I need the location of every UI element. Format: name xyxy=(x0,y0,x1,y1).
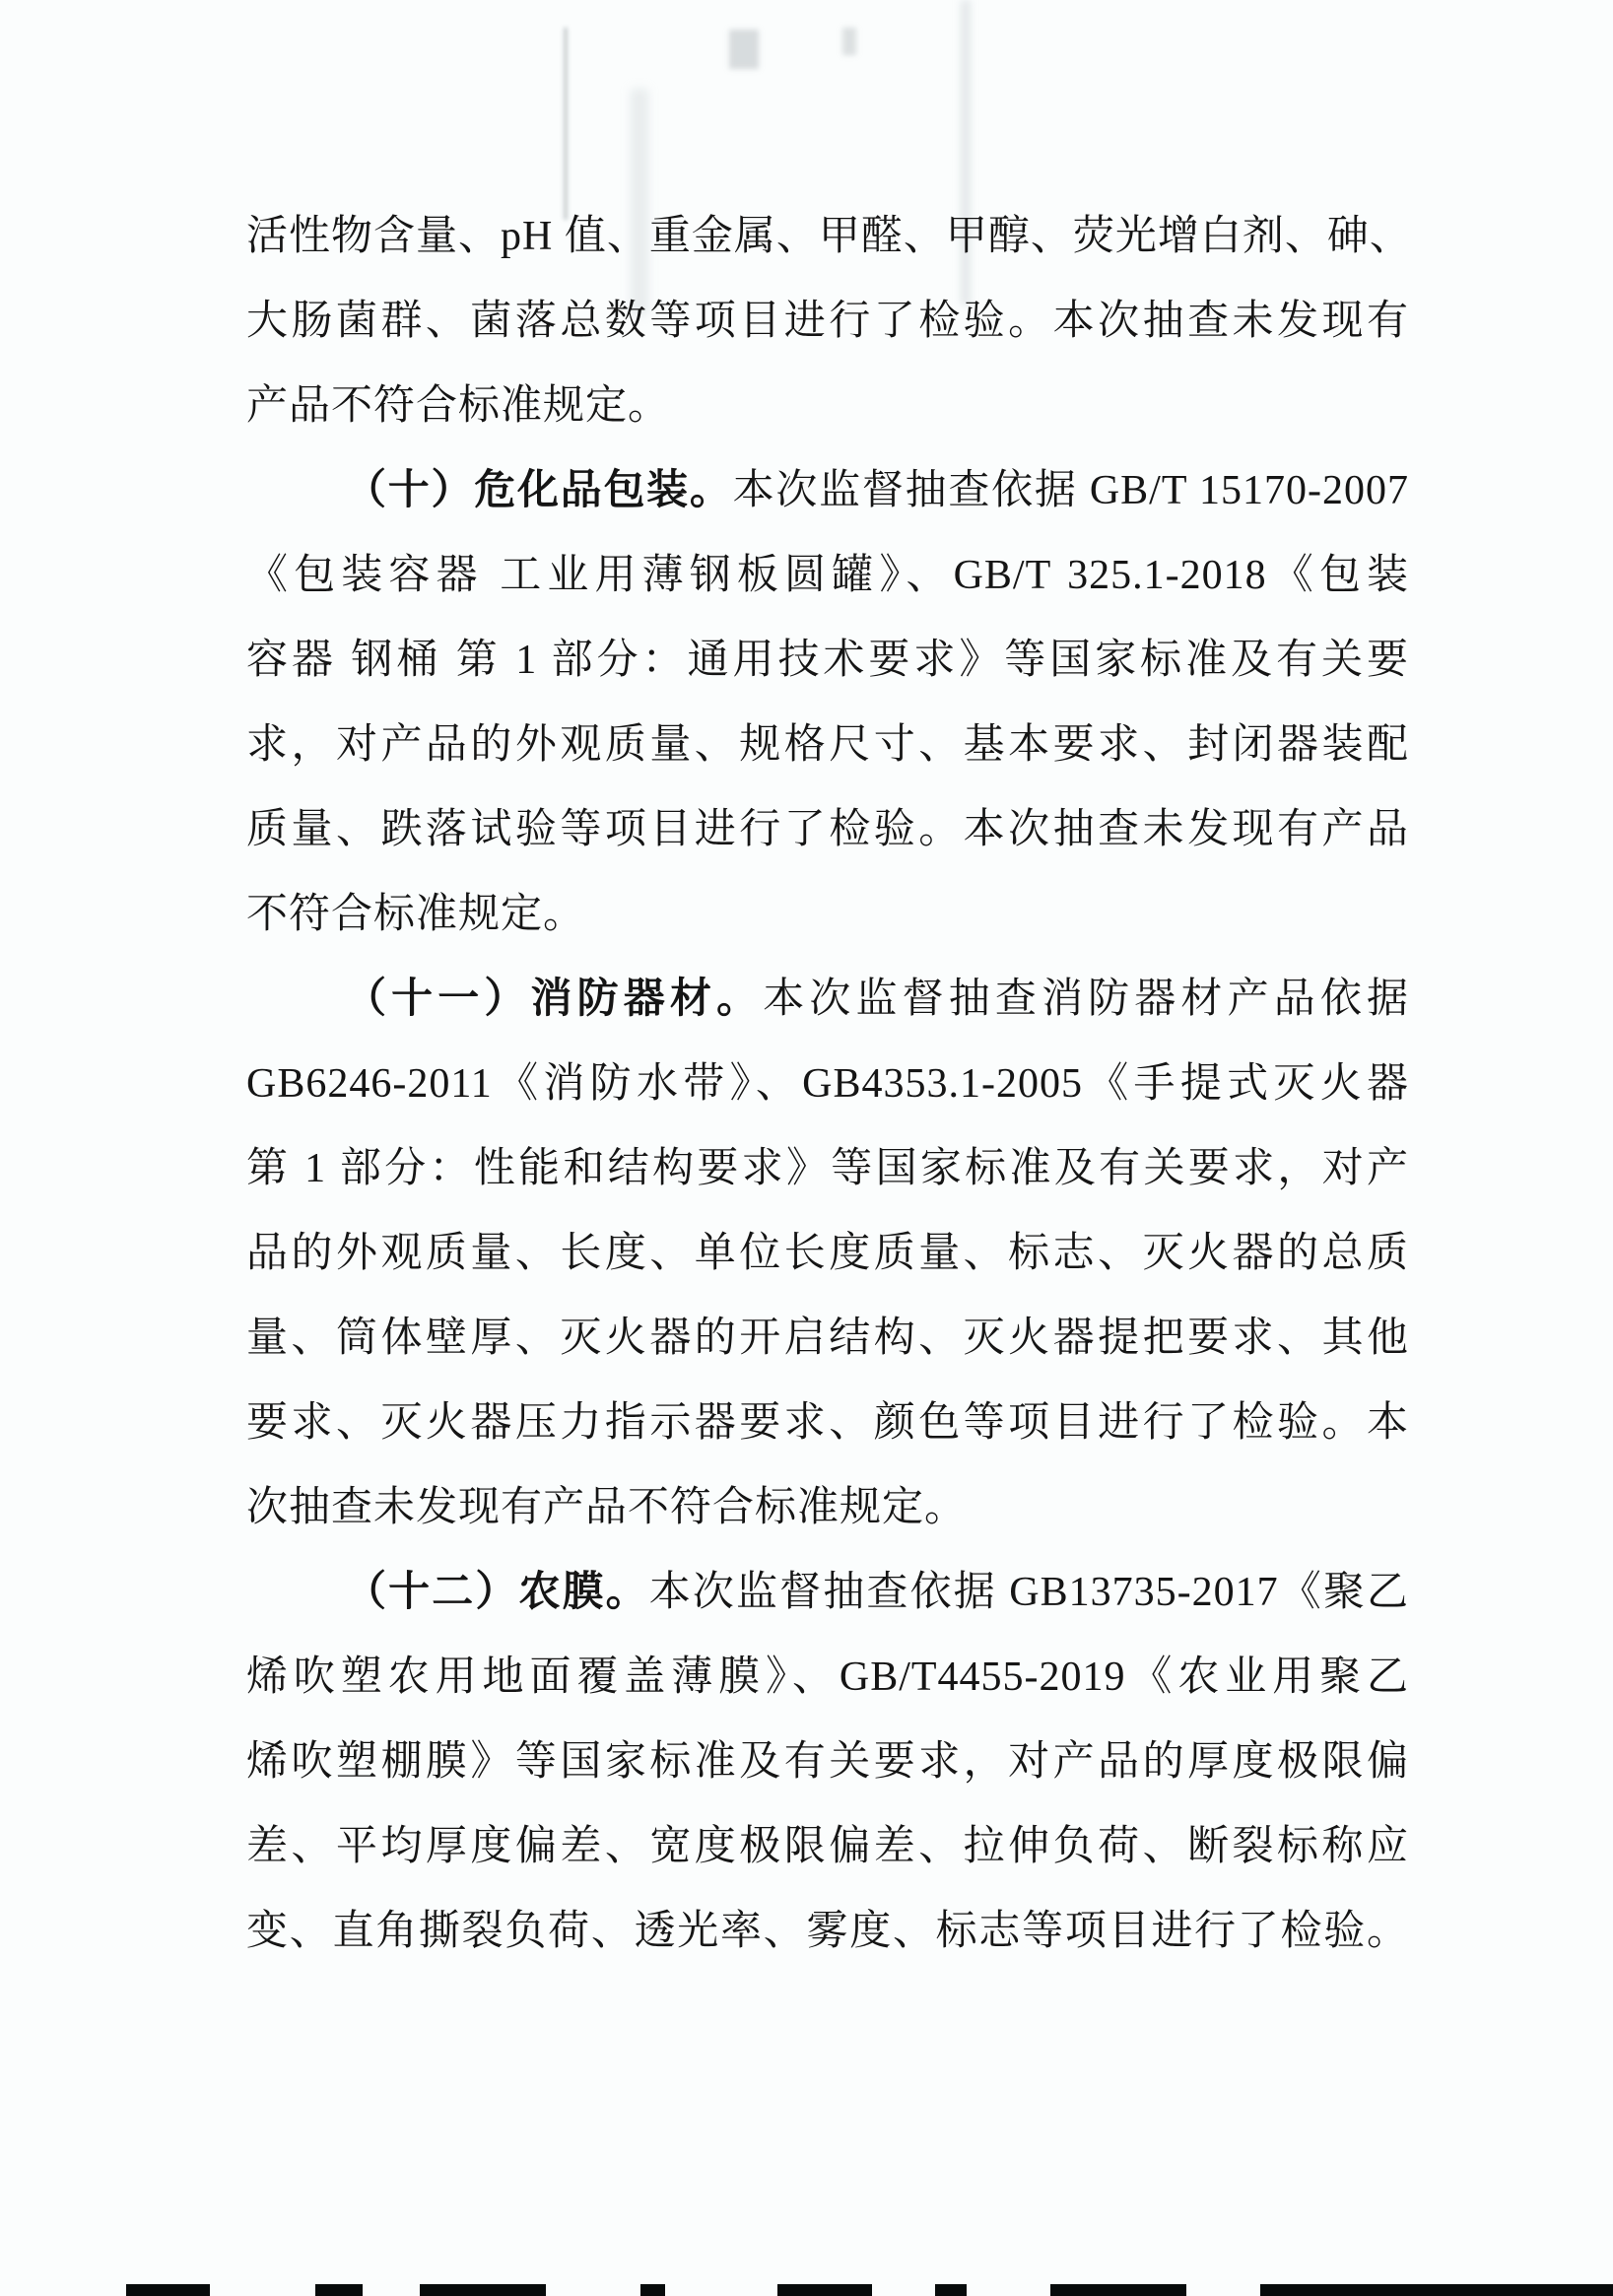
line-text: 本次监督抽查依据 GB/T 15170-2007 xyxy=(733,468,1409,513)
text-line: 次抽查未发现有产品不符合标准规定。 xyxy=(246,1464,1409,1549)
scan-artifact-dash xyxy=(126,2284,210,2296)
scan-artifact-dash xyxy=(1050,2284,1186,2296)
text-line: 量、筒体壁厚、灭火器的开启结构、灭火器提把要求、其他 xyxy=(246,1295,1409,1380)
line-text: 烯吹塑棚膜》等国家标准及有关要求，对产品的厚度极限偏 xyxy=(246,1739,1409,1785)
scan-artifact-dash xyxy=(640,2284,665,2296)
line-text: 本次监督抽查消防器材产品依据 xyxy=(763,977,1409,1022)
line-text: 差、平均厚度偏差、宽度极限偏差、拉伸负荷、断裂标称应 xyxy=(246,1824,1409,1869)
line-text: 次抽查未发现有产品不符合标准规定。 xyxy=(246,1485,967,1530)
text-line: 烯吹塑农用地面覆盖薄膜》、GB/T4455-2019《农业用聚乙 xyxy=(246,1634,1409,1719)
line-text: 第 1 部分：性能和结构要求》等国家标准及有关要求，对产 xyxy=(246,1146,1409,1191)
line-text: 量、筒体壁厚、灭火器的开启结构、灭火器提把要求、其他 xyxy=(246,1316,1409,1361)
scan-artifact-dash xyxy=(1260,2284,1613,2296)
scan-smudge xyxy=(564,28,568,220)
scan-artifact-dash xyxy=(315,2284,363,2296)
line-text: 变、直角撕裂负荷、透光率、雾度、标志等项目进行了检验。 xyxy=(246,1909,1409,1954)
line-text: 不符合标准规定。 xyxy=(246,892,585,937)
line-text: 《包装容器 工业用薄钢板圆罐》、GB/T 325.1-2018《包装 xyxy=(246,553,1409,598)
scan-artifact-dash xyxy=(777,2284,872,2296)
text-line: 品的外观质量、长度、单位长度质量、标志、灭火器的总质 xyxy=(246,1210,1409,1295)
line-text: 本次监督抽查依据 GB13735-2017《聚乙 xyxy=(649,1570,1409,1615)
line-text: GB6246-2011《消防水带》、GB4353.1-2005《手提式灭火器 xyxy=(246,1061,1409,1107)
scan-smudge xyxy=(842,28,856,55)
scan-artifact-dash xyxy=(420,2284,546,2296)
text-line: 变、直角撕裂负荷、透光率、雾度、标志等项目进行了检验。 xyxy=(246,1888,1409,1973)
line-text: 质量、跌落试验等项目进行了检验。本次抽查未发现有产品 xyxy=(246,807,1409,852)
text-line: 不符合标准规定。 xyxy=(246,871,1409,956)
text-line: 求，对产品的外观质量、规格尺寸、基本要求、封闭器装配 xyxy=(246,702,1409,786)
line-text: 求，对产品的外观质量、规格尺寸、基本要求、封闭器装配 xyxy=(246,722,1409,768)
line-text: 烯吹塑农用地面覆盖薄膜》、GB/T4455-2019《农业用聚乙 xyxy=(246,1654,1409,1700)
text-line: 容器 钢桶 第 1 部分：通用技术要求》等国家标准及有关要 xyxy=(246,617,1409,702)
paragraph-lead-bold: （十一）消防器材。 xyxy=(345,975,763,1021)
line-text: 产品不符合标准规定。 xyxy=(246,383,670,429)
paragraph-lead-bold: （十）危化品包装。 xyxy=(345,466,733,512)
line-text: 品的外观质量、长度、单位长度质量、标志、灭火器的总质 xyxy=(246,1231,1409,1276)
text-line: （十二）农膜。本次监督抽查依据 GB13735-2017《聚乙 xyxy=(246,1549,1409,1634)
text-line: （十）危化品包装。本次监督抽查依据 GB/T 15170-2007 xyxy=(246,447,1409,532)
line-text: 活性物含量、pH 值、重金属、甲醛、甲醇、荧光增白剂、砷、 xyxy=(246,214,1412,259)
text-line: 大肠菌群、菌落总数等项目进行了检验。本次抽查未发现有 xyxy=(246,278,1409,363)
text-line: 第 1 部分：性能和结构要求》等国家标准及有关要求，对产 xyxy=(246,1125,1409,1210)
paragraph-lead-bold: （十二）农膜。 xyxy=(345,1568,649,1614)
line-text: 大肠菌群、菌落总数等项目进行了检验。本次抽查未发现有 xyxy=(246,299,1409,344)
document-text-block: 活性物含量、pH 值、重金属、甲醛、甲醇、荧光增白剂、砷、 大肠菌群、菌落总数等… xyxy=(246,193,1409,1973)
text-line: 产品不符合标准规定。 xyxy=(246,363,1409,447)
text-line: 活性物含量、pH 值、重金属、甲醛、甲醇、荧光增白剂、砷、 xyxy=(246,193,1409,278)
text-line: 《包装容器 工业用薄钢板圆罐》、GB/T 325.1-2018《包装 xyxy=(246,532,1409,617)
line-text: 要求、灭火器压力指示器要求、颜色等项目进行了检验。本 xyxy=(246,1400,1409,1446)
text-line: 差、平均厚度偏差、宽度极限偏差、拉伸负荷、断裂标称应 xyxy=(246,1803,1409,1888)
scan-smudge xyxy=(729,30,759,69)
text-line: GB6246-2011《消防水带》、GB4353.1-2005《手提式灭火器 xyxy=(246,1041,1409,1125)
document-page: 活性物含量、pH 值、重金属、甲醛、甲醇、荧光增白剂、砷、 大肠菌群、菌落总数等… xyxy=(0,0,1613,2296)
text-line: 质量、跌落试验等项目进行了检验。本次抽查未发现有产品 xyxy=(246,786,1409,871)
text-line: 要求、灭火器压力指示器要求、颜色等项目进行了检验。本 xyxy=(246,1380,1409,1464)
line-text: 容器 钢桶 第 1 部分：通用技术要求》等国家标准及有关要 xyxy=(246,638,1409,683)
text-line: （十一）消防器材。本次监督抽查消防器材产品依据 xyxy=(246,956,1409,1041)
text-line: 烯吹塑棚膜》等国家标准及有关要求，对产品的厚度极限偏 xyxy=(246,1719,1409,1803)
scan-artifact-dash xyxy=(935,2284,967,2296)
